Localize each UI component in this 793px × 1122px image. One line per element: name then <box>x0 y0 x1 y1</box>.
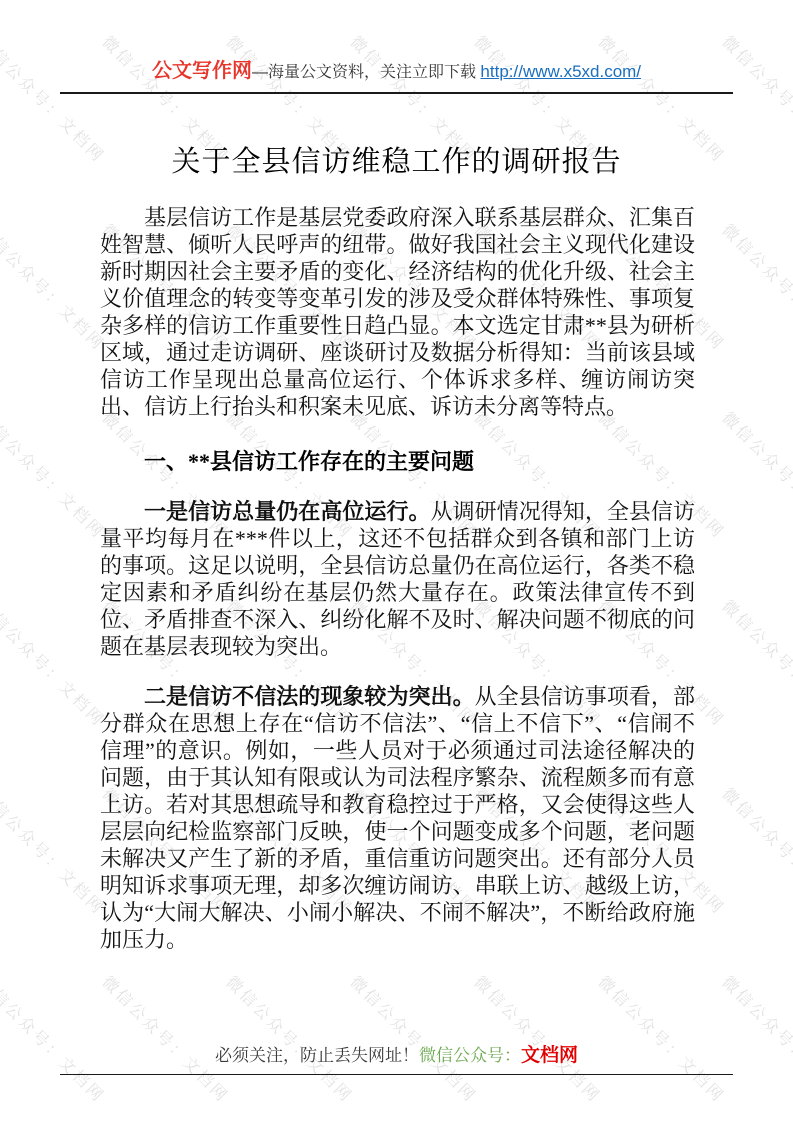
point-paragraph-2: 二是信访不信法的现象较为突出。从全县信访事项看，部分群众在思想上存在“信访不信法… <box>100 683 695 953</box>
watermark-text: 微信公众号：文档网 <box>346 970 483 1107</box>
watermark-text: 微信公众号：文档网 <box>718 970 793 1107</box>
header-divider <box>60 92 733 94</box>
document-body: 基层信访工作是基层党委政府深入联系基层群众、汇集百姓智慧、倾听人民呼声的纽带。做… <box>100 204 695 953</box>
page-footer: 必须关注，防止丢失网址！微信公众号：文档网 <box>0 1040 793 1075</box>
footer-account-label: 微信公众号： <box>419 1046 521 1065</box>
watermark-text: 微信公众号：文档网 <box>222 970 359 1107</box>
point-2-lead: 二是信访不信法的现象较为突出。 <box>144 684 475 709</box>
document-page: 微信公众号：文档网微信公众号：文档网微信公众号：文档网微信公众号：文档网微信公众… <box>0 0 793 1122</box>
watermark-text: 微信公众号：文档网 <box>98 970 235 1107</box>
footer-divider <box>60 1074 733 1075</box>
site-link[interactable]: http://www.x5xd.com/ <box>480 62 641 81</box>
footer-brand: 文档网 <box>521 1045 578 1066</box>
point-paragraph-1: 一是信访总量仍在高位运行。从调研情况得知，全县信访量平均每月在***件以上，这还… <box>100 498 695 660</box>
page-title: 关于全县信访维稳工作的调研报告 <box>0 144 793 180</box>
footer-warning: 必须关注，防止丢失网址！ <box>215 1046 419 1065</box>
watermark-text: 微信公众号：文档网 <box>0 970 111 1107</box>
site-tagline: —海量公文资料，关注立即下载 <box>252 64 476 81</box>
site-header: 公文写作网—海量公文资料，关注立即下载 http://www.x5xd.com/ <box>0 0 793 94</box>
watermark-text: 微信公众号：文档网 <box>470 970 607 1107</box>
point-2-text: 从全县信访事项看，部分群众在思想上存在“信访不信法”、“信上不信下”、“信闹不信… <box>100 684 695 952</box>
watermark-text: 微信公众号：文档网 <box>594 970 731 1107</box>
section-heading: 一、**县信访工作存在的主要问题 <box>100 448 695 475</box>
site-brand: 公文写作网 <box>152 60 252 82</box>
intro-paragraph: 基层信访工作是基层党委政府深入联系基层群众、汇集百姓智慧、倾听人民呼声的纽带。做… <box>100 204 695 420</box>
point-1-lead: 一是信访总量仍在高位运行。 <box>144 499 431 524</box>
